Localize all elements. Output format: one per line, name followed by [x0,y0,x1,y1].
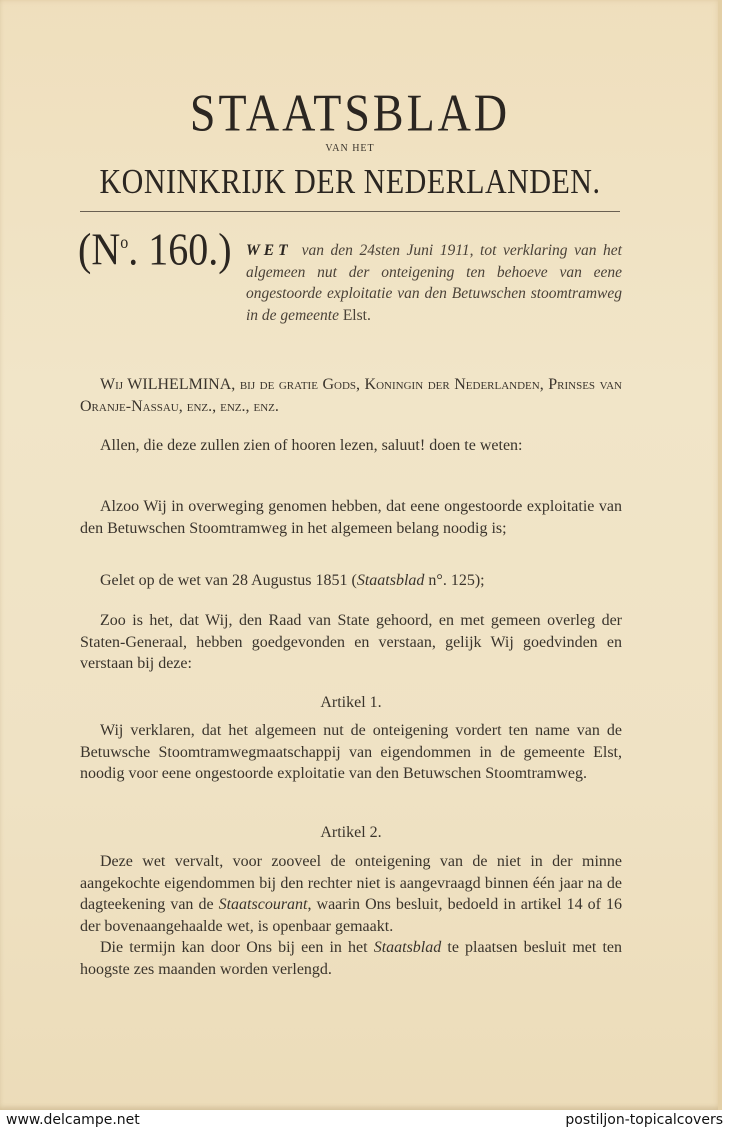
article-2-text-italic: Staatscourant [219,896,308,913]
law-place: Elst. [343,307,371,324]
paragraph-consideration-text: Alzoo Wij in overweging genomen hebben, … [80,496,622,539]
law-title: WETvan den 24sten Juni 1911, tot verklar… [246,240,622,326]
preamble-name: WILHELMINA, [127,376,235,393]
paragraph-greeting-text: Allen, die deze zullen zien of hooren le… [80,435,622,457]
paragraph-enactment: Zoo is het, dat Wij, den Raad van State … [80,610,622,675]
issue-number-prefix: (N [78,223,120,275]
reference-italic: Staatsblad [357,572,425,589]
reference-post: n°. 125); [424,572,484,589]
article-1-text: Wij verklaren, dat het algemeen nut de o… [80,720,622,785]
issue-number-value: . 160.) [128,223,231,275]
article-2-heading: Artikel 2. [80,824,622,842]
paragraph-greeting: Allen, die deze zullen zien of hooren le… [80,435,622,457]
law-type: WET [246,242,292,259]
preamble-wij: Wij [100,376,123,393]
article-1-heading: Artikel 1. [80,694,622,712]
article-2-text2-italic: Staatsblad [374,939,442,956]
watermark-footer: www.delcampe.net postiljon-topicalcovers [0,1110,729,1131]
paragraph-consideration: Alzoo Wij in overweging genomen hebben, … [80,496,622,539]
masthead-kingdom: KONINKRIJK DER NEDERLANDEN. [0,163,700,202]
footer-seller: postiljon-topicalcovers [565,1112,723,1128]
masthead-title: STAATSBLAD [0,82,700,143]
law-title-text: van den 24sten Juni 1911, tot verklaring… [246,242,622,324]
article-2-body: Deze wet vervalt, voor zooveel de onteig… [80,851,622,980]
document-page: STAATSBLAD VAN HET KONINKRIJK DER NEDERL… [0,0,722,1110]
preamble: Wij WILHELMINA, bij de gratie Gods, Koni… [80,374,622,417]
article-2-text2-pre: Die termijn kan door Ons bij een in het [100,939,374,956]
issue-number: (No. 160.) [78,222,232,276]
paragraph-reference: Gelet op de wet van 28 Augustus 1851 (St… [80,570,622,592]
footer-site: www.delcampe.net [6,1112,140,1128]
masthead-subtitle: VAN HET [0,143,700,154]
header-rule [80,211,620,212]
article-1-body: Wij verklaren, dat het algemeen nut de o… [80,720,622,785]
paragraph-enactment-text: Zoo is het, dat Wij, den Raad van State … [80,610,622,675]
reference-pre: Gelet op de wet van 28 Augustus 1851 ( [100,572,357,589]
